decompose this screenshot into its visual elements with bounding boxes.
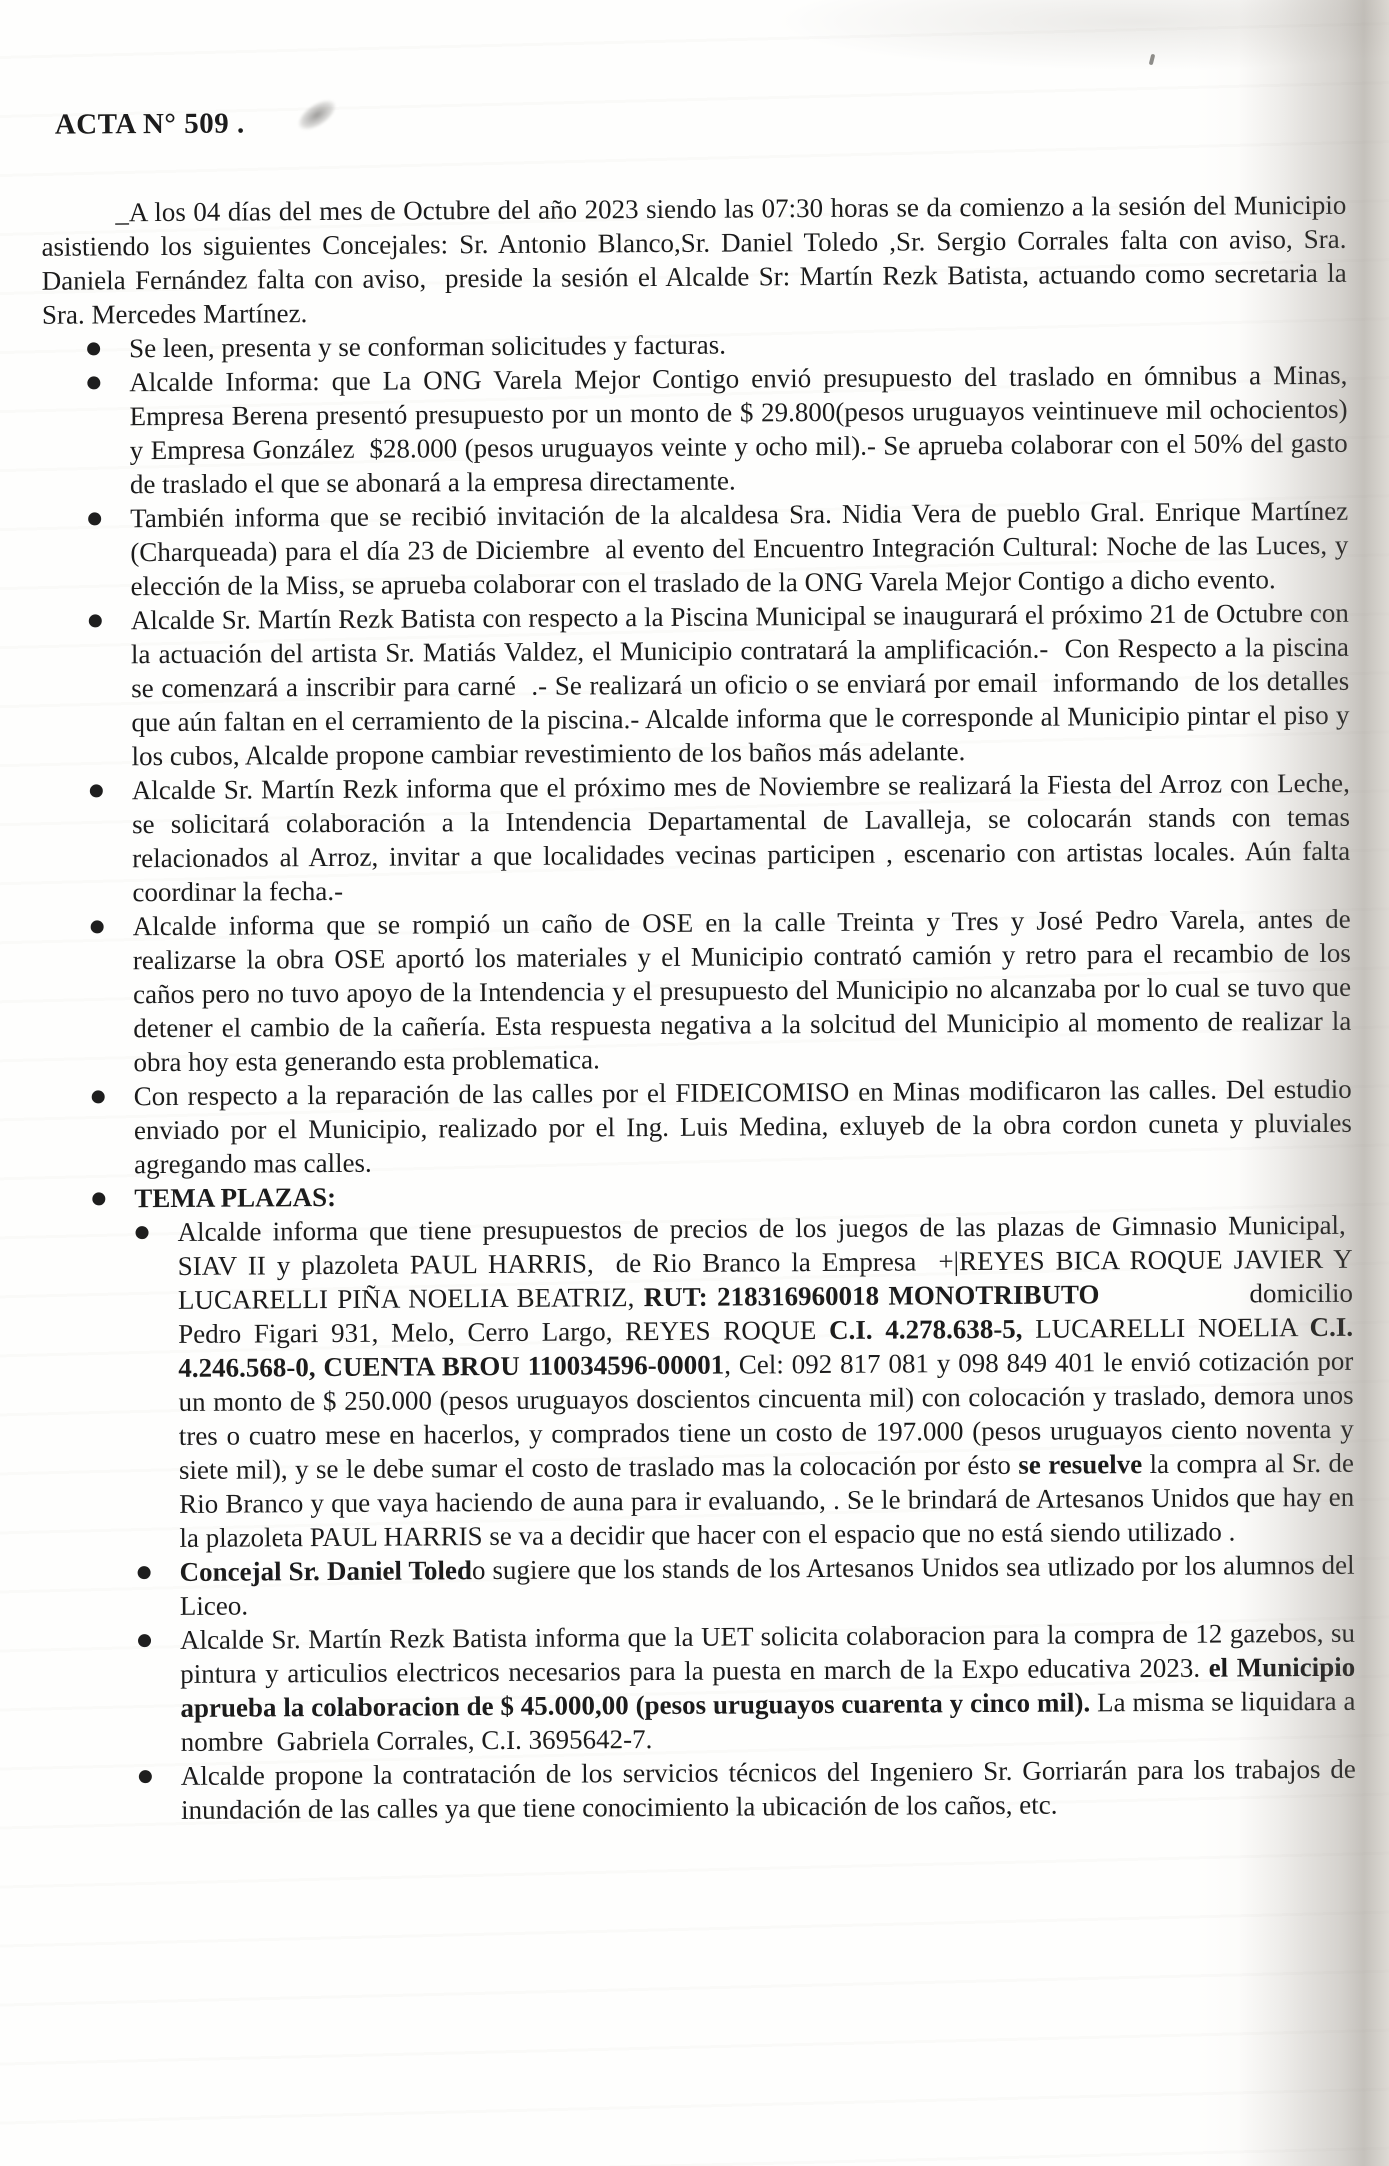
list-item-text: Alcalde Informa: que La ONG Varela Mejor… [129, 358, 1348, 501]
list-item-text: Alcalde Sr. Martín Rezk informa que el p… [132, 766, 1351, 909]
page-content: ACTA N° 509 . _A los 04 días del mes de … [0, 0, 1389, 1828]
list-item-text: También informa que se recibió invitació… [130, 494, 1349, 603]
bullet-icon [138, 1634, 151, 1647]
list-item-text: Alcalde Sr. Martín Rezk Batista informa … [180, 1616, 1356, 1759]
scanned-page: ACTA N° 509 . _A los 04 días del mes de … [0, 0, 1389, 2166]
bullet-icon [91, 920, 104, 933]
list-item: Alcalde Sr. Martín Rezk informa que el p… [45, 766, 1351, 910]
tab-gap [1099, 1301, 1249, 1303]
list-item: Alcalde Sr. Martín Rezk Batista con resp… [44, 596, 1350, 774]
bullet-icon [92, 1090, 105, 1103]
intro-paragraph: _A los 04 días del mes de Octubre del añ… [41, 188, 1347, 332]
bullet-icon [90, 784, 103, 797]
list-item: Alcalde Sr. Martín Rezk Batista informa … [50, 1616, 1356, 1760]
bullet-icon [87, 376, 100, 389]
bullet-icon [138, 1566, 151, 1579]
list-item: Alcalde Informa: que La ONG Varela Mejor… [42, 358, 1348, 502]
list-item-text: Alcalde propone la contratación de los s… [181, 1752, 1356, 1827]
list-item-text: Alcalde informa que tiene presupuestos d… [177, 1208, 1354, 1555]
list-item-text: Alcalde Sr. Martín Rezk Batista con resp… [131, 596, 1350, 773]
minutes-list: Se leen, presenta y se conforman solicit… [42, 324, 1356, 1828]
bullet-icon [135, 1226, 148, 1239]
list-item: Concejal Sr. Daniel Toledo sugiere que l… [50, 1548, 1355, 1624]
list-item-text: Concejal Sr. Daniel Toledo sugiere que l… [180, 1548, 1355, 1623]
bullet-icon [139, 1770, 152, 1783]
list-item-text: Alcalde informa que se rompió un caño de… [133, 902, 1352, 1079]
list-item: Con respecto a la reparación de las call… [47, 1072, 1353, 1182]
bullet-icon [89, 614, 102, 627]
list-item: Alcalde informa que se rompió un caño de… [46, 902, 1352, 1080]
list-item: Alcalde informa que tiene presupuestos d… [47, 1208, 1354, 1556]
list-item: Alcalde propone la contratación de los s… [51, 1752, 1356, 1828]
bullet-icon [87, 342, 100, 355]
bullet-icon [88, 512, 101, 525]
list-item: También informa que se recibió invitació… [43, 494, 1349, 604]
bullet-icon [92, 1192, 105, 1205]
page-title: ACTA N° 509 . [55, 100, 1346, 142]
list-item-text: Con respecto a la reparación de las call… [134, 1072, 1353, 1181]
